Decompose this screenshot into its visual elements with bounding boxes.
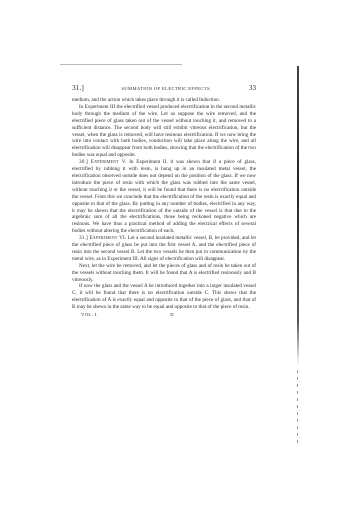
page-edge-shadow [297, 66, 299, 366]
paragraph-2: In Experiment III the electrified vessel… [72, 104, 256, 159]
signature-mark: D [170, 312, 173, 320]
paragraph-experiment-vi: 31.] Experiment VI. Let a second insulat… [72, 235, 256, 263]
paragraph-5: Next, let the wire be removed, and let t… [72, 263, 256, 284]
paragraph-6: If now the glass and the vessel A be int… [72, 283, 256, 311]
paragraph-text: Next, let the wire be removed, and let t… [72, 263, 256, 283]
section-marker: 31.] [72, 83, 84, 92]
running-title: SUMMATION OF ELECTRIC EFFECTS. [121, 86, 211, 91]
paragraph-experiment-v: 30.] Experiment V. In Experiment II. it … [72, 159, 256, 235]
article-heading: 31.] Experiment VI. [79, 235, 126, 241]
article-heading: 30.] Experiment V. [79, 159, 126, 165]
page-footer: VOL. I. D [72, 312, 256, 320]
paragraph-1: medium, and the action which takes place… [72, 97, 256, 104]
paragraph-text: If now the glass and the vessel A be int… [72, 283, 256, 310]
paragraph-text: medium, and the action which takes place… [72, 97, 220, 103]
volume-label: VOL. I. [81, 312, 98, 320]
page-number: 33 [249, 84, 256, 92]
page-edge-shadow-faded [297, 370, 298, 445]
book-page: 31.] SUMMATION OF ELECTRIC EFFECTS. 33 m… [72, 83, 256, 320]
running-head: 31.] SUMMATION OF ELECTRIC EFFECTS. 33 [72, 83, 256, 94]
body-text: medium, and the action which takes place… [72, 97, 256, 311]
scan-top-rule [60, 64, 182, 65]
paragraph-text: In Experiment III the electrified vessel… [72, 104, 256, 158]
paragraph-text: In Experiment II. it was shewn that if a… [72, 159, 256, 234]
